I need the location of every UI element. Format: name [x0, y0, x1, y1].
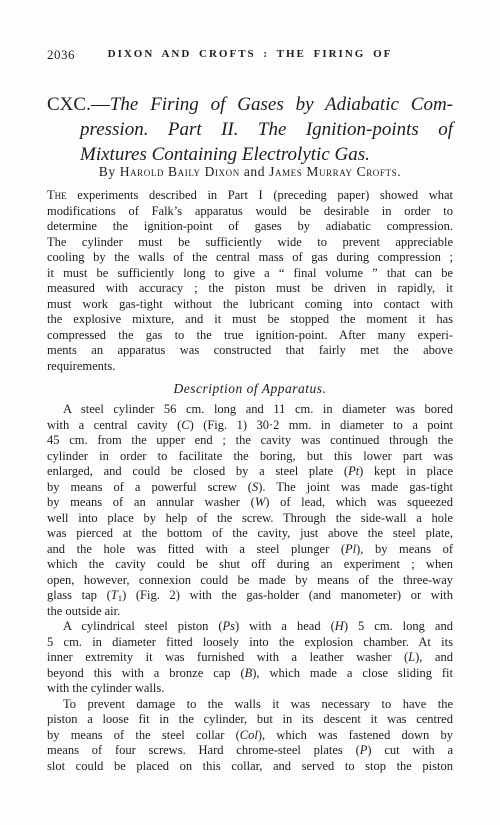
text-line: with the cylinder walls.	[47, 681, 453, 697]
text-line: requirements.	[47, 359, 453, 375]
text-line: determine the ignition-point of gases by…	[47, 219, 453, 235]
text-line: open, however, connexion could be made b…	[47, 573, 453, 589]
article-title: CXC.—The Firing of Gases by Adiabatic Co…	[47, 92, 453, 167]
text-line: was pierced at the bottom of the cavity,…	[47, 526, 453, 542]
text-line: and the hole was fitted with a steel plu…	[47, 542, 453, 558]
text-line: ments an apparatus was constructed that …	[47, 343, 453, 359]
text-line: A cylindrical steel piston (Ps) with a h…	[47, 619, 453, 635]
text-line: glass tap (T1) (Fig. 2) with the gas-hol…	[47, 588, 453, 604]
text-line: slot could be placed on this collar, and…	[47, 759, 453, 775]
text-line: cylinder in order to facilitate the bori…	[47, 449, 453, 465]
text-line: the explosive mixture, and it must be st…	[47, 312, 453, 328]
page: 2036 DIXON AND CROFTS : THE FIRING OF CX…	[0, 0, 500, 825]
byline: By Harold Baily Dixon and James Murray C…	[47, 164, 453, 180]
text-line: well into place by help of the screw. Th…	[47, 511, 453, 527]
text-line: enlarged, and could be closed by a steel…	[47, 464, 453, 480]
text-line: measured with accuracy ; the piston must…	[47, 281, 453, 297]
text-line: by means of an annular washer (W) of lea…	[47, 495, 453, 511]
text-line: it must be sufficiently long to give a “…	[47, 266, 453, 282]
text-line: inner extremity it was furnished with a …	[47, 650, 453, 666]
text-line: with a central cavity (C) (Fig. 1) 30·2 …	[47, 418, 453, 434]
text-line: cooling by the walls of the central mass…	[47, 250, 453, 266]
text-line: piston a loose fit in the cylinder, but …	[47, 712, 453, 728]
section-heading: Description of Apparatus.	[47, 381, 453, 397]
text-line: 45 cm. from the upper end ; the cavity w…	[47, 433, 453, 449]
article-title-line: CXC.—The Firing of Gases by Adiabatic Co…	[47, 92, 453, 117]
text-line: must work gas-tight without the lubrican…	[47, 297, 453, 313]
text-line: beyond this with a bronze cap (B), which…	[47, 666, 453, 682]
article-title-line: pression. Part II. The Ignition-points o…	[47, 117, 453, 142]
text-line: A steel cylinder 56 cm. long and 11 cm. …	[47, 402, 453, 418]
page-header: 2036 DIXON AND CROFTS : THE FIRING OF	[47, 46, 453, 64]
text-line: 5 cm. in diameter fitted loosely into th…	[47, 635, 453, 651]
text-line: means of four screws. Hard chrome-steel …	[47, 743, 453, 759]
text-line: modifications of Falk’s apparatus would …	[47, 204, 453, 220]
page-number: 2036	[47, 47, 75, 63]
article-body: The experiments described in Part I (pre…	[47, 188, 453, 774]
text-line: The cylinder must be sufficiently wide t…	[47, 235, 453, 251]
text-line: To prevent damage to the walls it was ne…	[47, 697, 453, 713]
text-line: The experiments described in Part I (pre…	[47, 188, 453, 204]
text-line: which the cavity could be shut off durin…	[47, 557, 453, 573]
text-line: compressed the gas to the true ignition-…	[47, 328, 453, 344]
text-line: the outside air.	[47, 604, 453, 620]
text-line: by means of the steel collar (Col), whic…	[47, 728, 453, 744]
running-title: DIXON AND CROFTS : THE FIRING OF	[47, 46, 453, 60]
text-line: by means of a powerful screw (S). The jo…	[47, 480, 453, 496]
